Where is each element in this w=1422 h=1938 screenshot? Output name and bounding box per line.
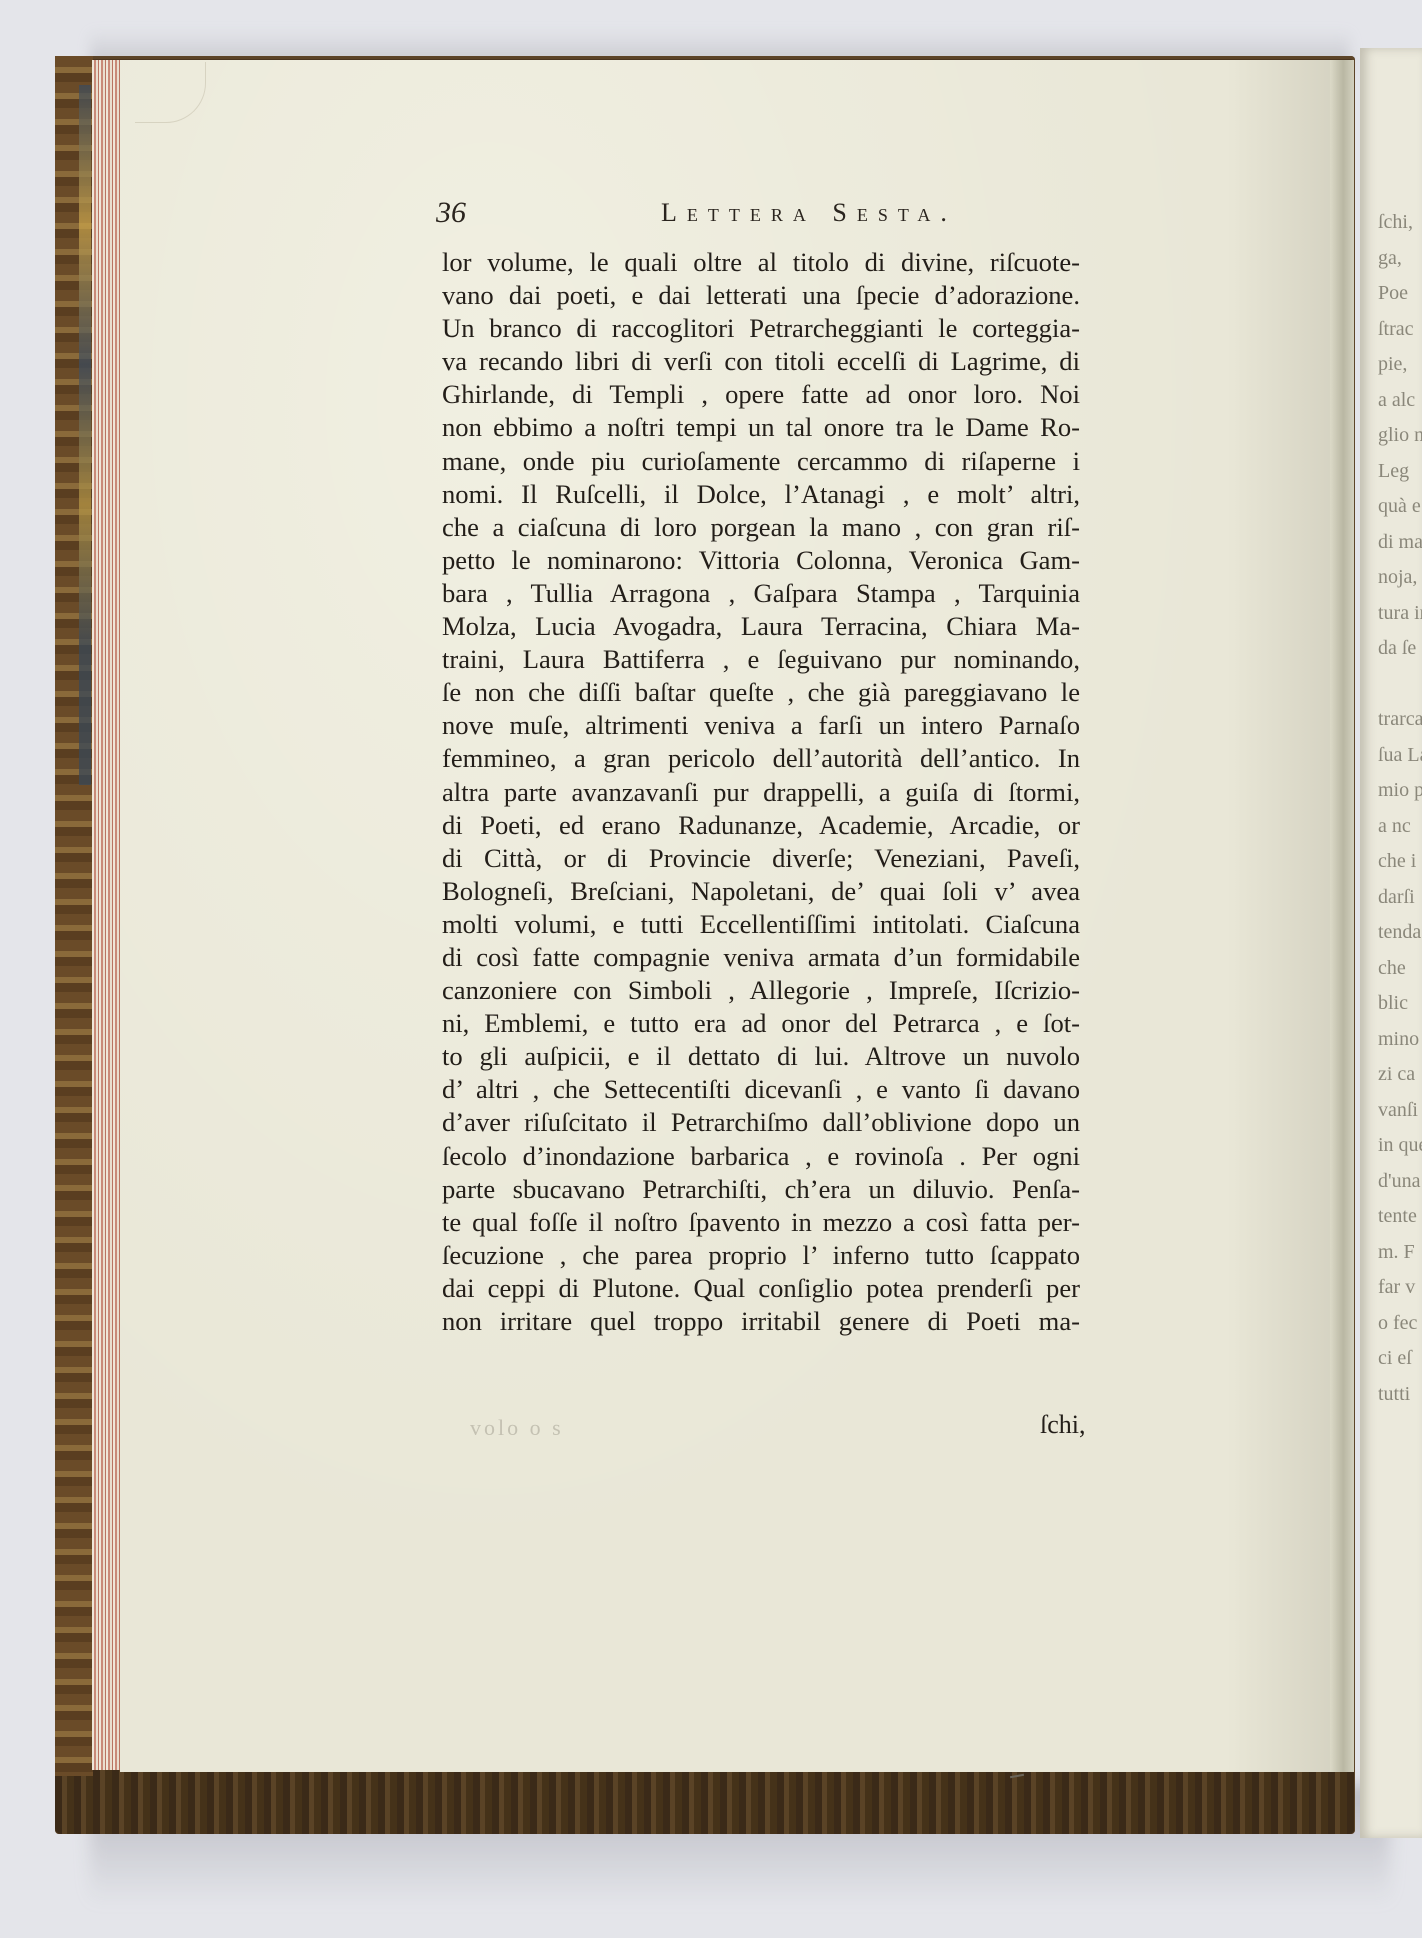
text-line: d’aver riſuſcitato il Petrarchiſmo dall’… bbox=[442, 1106, 1080, 1139]
facing-text-fragment: quà e bbox=[1378, 489, 1422, 525]
facing-text-fragment: che i bbox=[1378, 844, 1422, 880]
facing-text-fragment: glio n bbox=[1378, 418, 1422, 454]
facing-text-fragment: ga, bbox=[1378, 241, 1422, 277]
text-line: va recando libri di verſi con titoli ecc… bbox=[442, 345, 1080, 378]
text-line: dai ceppi di Plutone. Qual conſiglio pot… bbox=[442, 1272, 1080, 1305]
facing-text-fragment: Leg bbox=[1378, 454, 1422, 490]
running-head: Lettera Sesta. bbox=[661, 198, 957, 228]
facing-text-fragment: da ſe bbox=[1378, 631, 1422, 667]
facing-text-fragment: darſi bbox=[1378, 880, 1422, 916]
facing-text-fragment: far v bbox=[1378, 1270, 1422, 1306]
show-through-text: volo o s bbox=[470, 1415, 564, 1441]
text-line: di Poeti, ed erano Radunanze, Academie, … bbox=[442, 809, 1080, 842]
facing-text-fragment bbox=[1378, 667, 1422, 703]
text-line: ſecolo d’inondazione barbarica , e rovin… bbox=[442, 1140, 1080, 1173]
facing-text-fragment: zi ca bbox=[1378, 1057, 1422, 1093]
facing-text-fragment: noja, bbox=[1378, 560, 1422, 596]
text-line: vano dai poeti, e dai letterati una ſpec… bbox=[442, 279, 1080, 312]
text-line: di Città, or di Provincie diverſe; Venez… bbox=[442, 842, 1080, 875]
text-line: to gli auſpicii, e il dettato di lui. Al… bbox=[442, 1040, 1080, 1073]
text-line: Ghirlande, di Templi , opere fatte ad on… bbox=[442, 378, 1080, 411]
text-line: d’ altri , che Settecentiſti dicevanſi ,… bbox=[442, 1073, 1080, 1106]
facing-text-fragment: tura in bbox=[1378, 596, 1422, 632]
text-line: te qual foſſe il noſtro ſpavento in mezz… bbox=[442, 1206, 1080, 1239]
text-line: canzoniere con Simboli , Allegorie , Imp… bbox=[442, 974, 1080, 1007]
text-line: lor volume, le quali oltre al titolo di … bbox=[442, 246, 1080, 279]
facing-text-fragment: blic bbox=[1378, 986, 1422, 1022]
text-line: Bologneſi, Breſciani, Napoletani, de’ qu… bbox=[442, 875, 1080, 908]
facing-text-fragment: d'una bbox=[1378, 1164, 1422, 1200]
facing-page-text: ſchi,ga,Poeſtracpie,a alcglio nLegquà ed… bbox=[1378, 205, 1422, 1412]
text-line: ſecuzione , che parea proprio l’ inferno… bbox=[442, 1239, 1080, 1272]
text-line: femmineo, a gran pericolo dell’autorità … bbox=[442, 742, 1080, 775]
text-line: nove muſe, altrimenti veniva a farſi un … bbox=[442, 709, 1080, 742]
catchword: ſchi, bbox=[1040, 1410, 1086, 1440]
text-line: bara , Tullia Arragona , Gaſpara Stampa … bbox=[442, 577, 1080, 610]
facing-text-fragment: vanſi bbox=[1378, 1093, 1422, 1129]
facing-text-fragment: di ma bbox=[1378, 525, 1422, 561]
facing-text-fragment: ſchi, bbox=[1378, 205, 1422, 241]
text-line: molti volumi, e tutti Eccellentiſſimi in… bbox=[442, 908, 1080, 941]
text-line: che a ciaſcuna di loro porgean la mano ,… bbox=[442, 511, 1080, 544]
facing-text-fragment: tenda bbox=[1378, 915, 1422, 951]
text-line: di così fatte compagnie veniva armata d’… bbox=[442, 941, 1080, 974]
page-number: 36 bbox=[436, 196, 466, 230]
text-line: mane, onde piu curioſamente cercammo di … bbox=[442, 445, 1080, 478]
facing-text-fragment: in que bbox=[1378, 1128, 1422, 1164]
facing-text-fragment: pie, bbox=[1378, 347, 1422, 383]
text-line: Un branco di raccoglitori Petrarcheggian… bbox=[442, 312, 1080, 345]
page-gutter bbox=[1330, 60, 1354, 1772]
book-cover-bottom-edge bbox=[55, 1770, 1355, 1834]
text-line: nomi. Il Ruſcelli, il Dolce, l’Atanagi ,… bbox=[442, 478, 1080, 511]
facing-text-fragment: tente bbox=[1378, 1199, 1422, 1235]
body-text: lor volume, le quali oltre al titolo di … bbox=[442, 246, 1080, 1338]
text-line: non irritare quel troppo irritabil gener… bbox=[442, 1305, 1080, 1338]
text-line: Molza, Lucia Avogadra, Laura Terracina, … bbox=[442, 610, 1080, 643]
facing-text-fragment: m. F bbox=[1378, 1235, 1422, 1271]
text-line: parte sbucavano Petrarchiſti, ch’era un … bbox=[442, 1173, 1080, 1206]
page-header: 36 Lettera Sesta. bbox=[436, 196, 1076, 236]
text-line: traini, Laura Battiferra , e ſeguivano p… bbox=[442, 643, 1080, 676]
text-line: non ebbimo a noſtri tempi un tal onore t… bbox=[442, 411, 1080, 444]
facing-text-fragment: a nc bbox=[1378, 809, 1422, 845]
facing-text-fragment: Poe bbox=[1378, 276, 1422, 312]
facing-text-fragment: tutti bbox=[1378, 1377, 1422, 1413]
text-line: ſe non che diſſi baſtar queſte , che già… bbox=[442, 676, 1080, 709]
text-line: altra parte avanzavanſi pur drappelli, a… bbox=[442, 776, 1080, 809]
facing-text-fragment: a alc bbox=[1378, 383, 1422, 419]
spine-label bbox=[79, 85, 91, 785]
facing-text-fragment: mio p bbox=[1378, 773, 1422, 809]
facing-text-fragment: ſtrac bbox=[1378, 312, 1422, 348]
facing-text-fragment: o fec bbox=[1378, 1306, 1422, 1342]
facing-text-fragment: ſua La bbox=[1378, 738, 1422, 774]
facing-text-fragment: che bbox=[1378, 951, 1422, 987]
facing-text-fragment: mino bbox=[1378, 1022, 1422, 1058]
facing-text-fragment: trarca bbox=[1378, 702, 1422, 738]
text-line: ni, Emblemi, e tutto era ad onor del Pet… bbox=[442, 1007, 1080, 1040]
page-edges bbox=[92, 60, 122, 1770]
text-line: petto le nominarono: Vittoria Colonna, V… bbox=[442, 544, 1080, 577]
facing-text-fragment: ci eſ bbox=[1378, 1341, 1422, 1377]
